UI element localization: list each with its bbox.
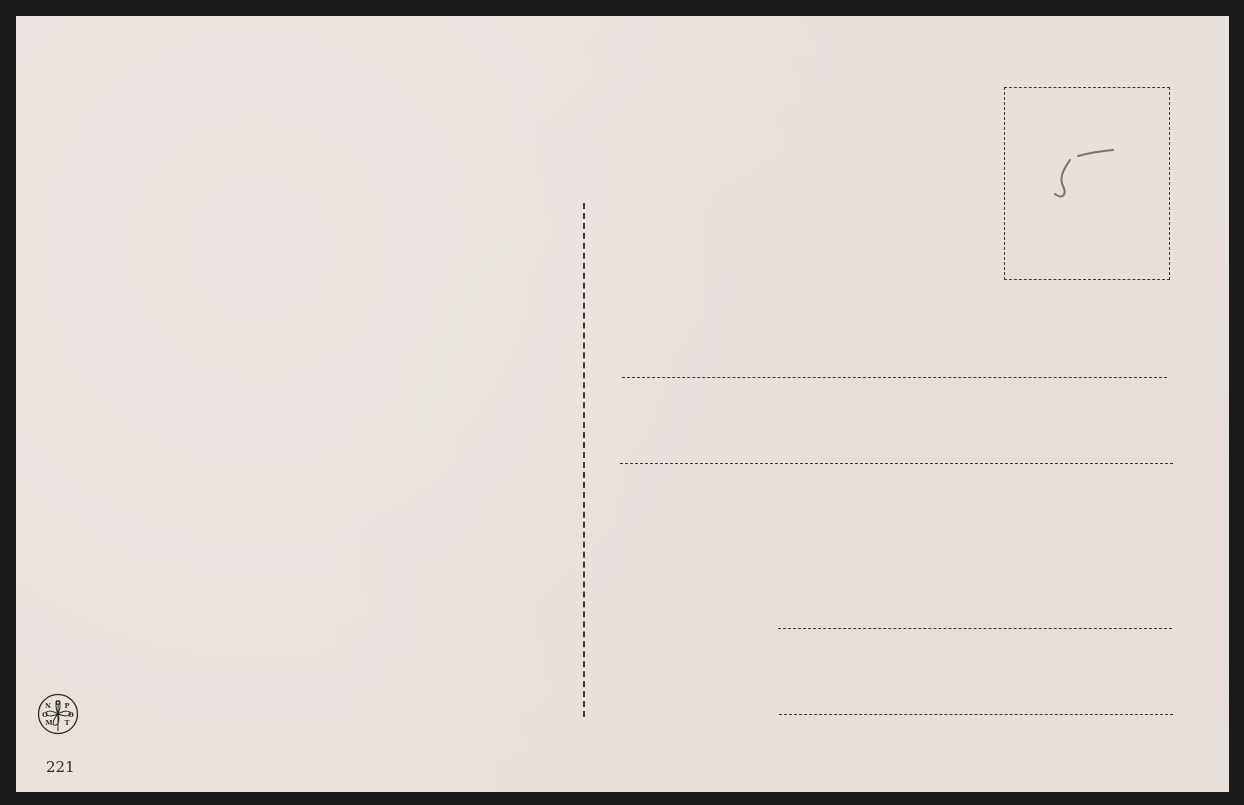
svg-text:P: P (65, 702, 70, 710)
handwritten-mark-icon (1045, 148, 1135, 218)
svg-text:T: T (65, 719, 70, 727)
center-divider-line (583, 203, 585, 717)
trefoil-monogram-logo-icon: N O P O O M T (37, 693, 79, 735)
address-line-1 (622, 377, 1167, 378)
serial-number: 221 (46, 758, 75, 776)
svg-text:N: N (45, 702, 51, 710)
svg-text:O: O (55, 699, 61, 707)
postcard-back: 5 N O P O O M T 221 (16, 16, 1229, 792)
address-line-3 (778, 628, 1172, 629)
address-line-4 (779, 714, 1173, 715)
svg-text:O: O (42, 711, 48, 719)
stamp-box: 5 (1004, 87, 1170, 280)
svg-text:O: O (68, 711, 74, 719)
address-line-2 (620, 463, 1173, 464)
svg-text:M: M (45, 719, 52, 727)
